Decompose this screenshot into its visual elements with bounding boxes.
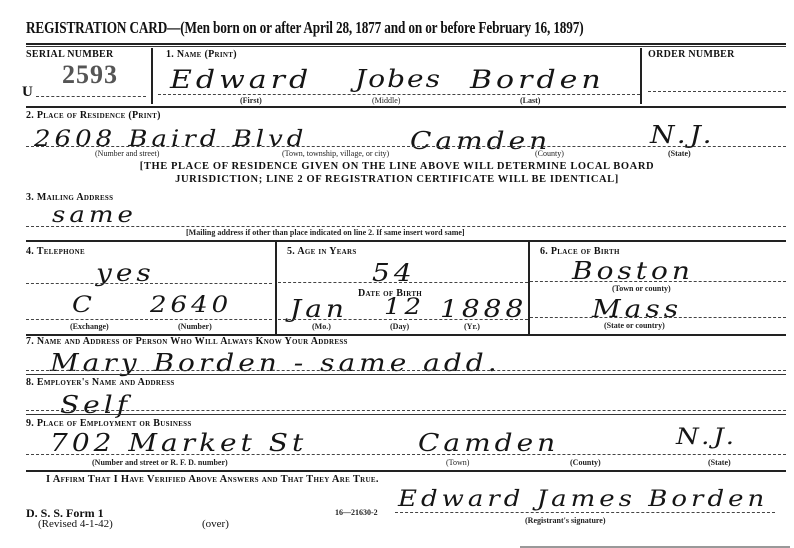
- birthplace-state-line: [530, 317, 786, 318]
- signature-line: [395, 512, 775, 513]
- employment-place-label: 9. Place of Employment or Business: [26, 418, 192, 429]
- row1-rule: [26, 106, 786, 108]
- mailing-value: same: [52, 203, 137, 229]
- telephone-number-caption: (Number): [178, 322, 212, 331]
- residence-notice-2: JURISDICTION; LINE 2 OF REGISTRATION CER…: [72, 173, 722, 186]
- residence-street: 2608 Baird Blvd: [34, 127, 307, 153]
- row3-rule: [26, 240, 786, 242]
- telephone-divider: [275, 242, 277, 334]
- name-first-caption: (First): [240, 96, 262, 105]
- telephone-exchange: C: [72, 293, 96, 319]
- dob-day-caption: (Day): [390, 322, 409, 331]
- telephone-exchange-caption: (Exchange): [70, 322, 109, 331]
- row7-rule: [26, 374, 786, 375]
- mailing-label: 3. Mailing Address: [26, 192, 113, 203]
- name-first: Edward: [170, 65, 312, 95]
- employment-street: 702 Market St: [50, 429, 307, 457]
- residence-label: 2. Place of Residence (Print): [26, 110, 161, 121]
- residence-notice-1: [THE PLACE OF RESIDENCE GIVEN ON THE LIN…: [72, 160, 722, 173]
- serial-number-label: SERIAL NUMBER: [26, 49, 114, 60]
- serial-line: [36, 96, 146, 97]
- contact-person-label: 7. Name and Address of Person Who Will A…: [26, 336, 348, 347]
- telephone-line-1: [26, 283, 272, 284]
- employment-state: N.J.: [676, 425, 738, 451]
- contact-person-line: [26, 370, 786, 371]
- residence-county-caption: (County): [535, 149, 564, 158]
- employment-state-caption: (State): [708, 458, 731, 467]
- residence-street-caption: (Number and street): [95, 149, 159, 158]
- telephone-label: 4. Telephone: [26, 246, 85, 257]
- employment-town: Camden: [418, 429, 559, 457]
- order-number-line: [648, 91, 786, 92]
- residence-town-caption: (Town, township, village, or city): [282, 149, 389, 158]
- order-number-label: ORDER NUMBER: [648, 49, 735, 60]
- dob-day: 12: [384, 295, 425, 321]
- contact-person-value: Mary Borden - same add.: [50, 349, 501, 377]
- name-last: Borden: [470, 65, 605, 95]
- name-line: [158, 94, 640, 95]
- residence-state: N.J.: [650, 121, 716, 149]
- row9-rule: [26, 470, 786, 472]
- dob-line: [278, 319, 528, 320]
- employer-line: [26, 410, 786, 411]
- signature-caption: (Registrant's signature): [525, 516, 606, 525]
- employer-label: 8. Employer's Name and Address: [26, 377, 175, 388]
- residence-town: Camden: [410, 127, 551, 155]
- dob-month-caption: (Mo.): [312, 322, 331, 331]
- serial-number-value: 2593: [62, 60, 118, 90]
- employment-street-caption: (Number and street or R. F. D. number): [92, 458, 228, 467]
- registrant-signature: Edward James Borden: [398, 487, 768, 513]
- birthplace-label: 6. Place of Birth: [540, 246, 620, 257]
- card-title: REGISTRATION CARD—(Men born on or after …: [26, 18, 584, 38]
- print-code: 16—21630-2: [335, 508, 378, 517]
- birthplace-state-caption: (State or country): [604, 321, 665, 330]
- age-label: 5. Age in Years: [287, 246, 357, 257]
- dob-year-caption: (Yr.): [464, 322, 480, 331]
- serial-prefix: U: [22, 84, 33, 101]
- name-middle: Jobes: [355, 65, 442, 93]
- serial-divider: [151, 48, 153, 104]
- affirmation-text: I Affirm That I Have Verified Above Answ…: [46, 474, 379, 485]
- employment-county-caption: (County): [570, 458, 601, 467]
- birthplace-town-line: [530, 281, 786, 282]
- name-label: 1. Name (Print): [166, 49, 237, 60]
- age-divider: [528, 242, 530, 334]
- title-rule: [26, 43, 786, 45]
- telephone-line-2: [26, 319, 272, 320]
- form-revised: (Revised 4-1-42): [38, 518, 113, 530]
- name-middle-caption: (Middle): [372, 96, 400, 105]
- mailing-line: [26, 226, 786, 227]
- row8-rule: [26, 414, 786, 415]
- birthplace-state: Mass: [592, 295, 682, 323]
- employment-line: [26, 454, 786, 455]
- order-divider: [640, 48, 642, 104]
- telephone-number: 2640: [150, 293, 232, 319]
- title-rule-2: [26, 46, 786, 47]
- form-over: (over): [202, 518, 229, 530]
- name-last-caption: (Last): [520, 96, 540, 105]
- birthplace-town-caption: (Town or county): [612, 284, 671, 293]
- age-line: [278, 282, 528, 283]
- employment-town-caption: (Town): [446, 458, 469, 467]
- residence-state-caption: (State): [668, 149, 691, 158]
- mailing-caption: [Mailing address if other than place ind…: [186, 228, 465, 237]
- residence-line: [26, 146, 786, 147]
